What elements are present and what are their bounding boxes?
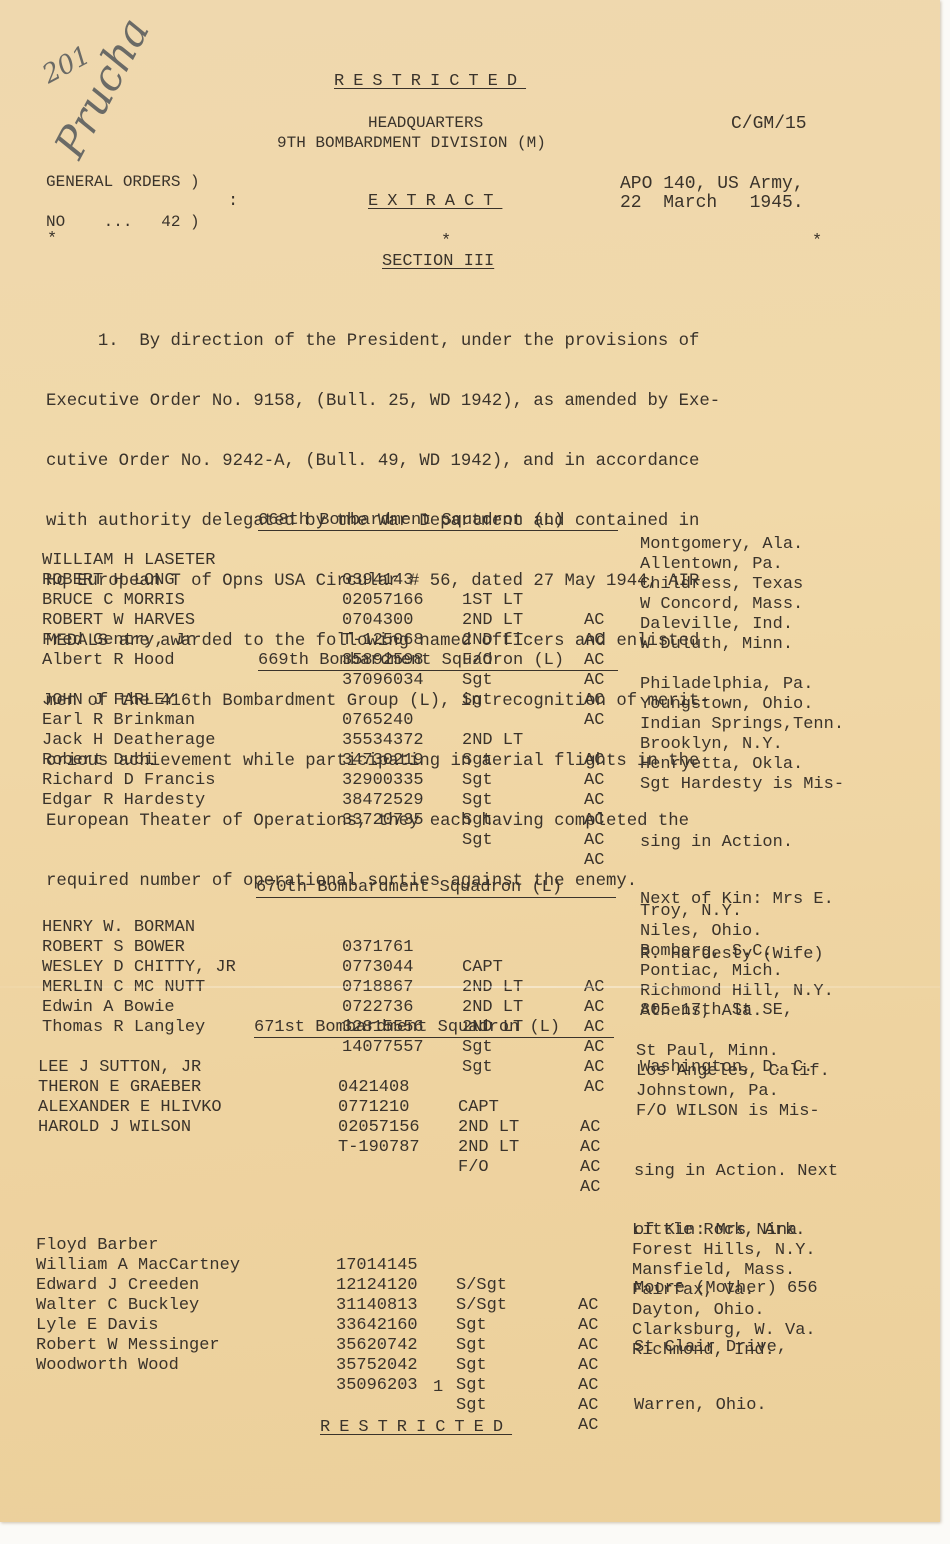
member-rank: 2ND LT	[462, 998, 523, 1018]
roster-row: Edward J Creeden 31140813 Sgt AC Mansfie…	[36, 1256, 97, 1276]
member-home: Mansfield, Mass.	[632, 1261, 795, 1281]
member-branch: AC	[584, 691, 604, 711]
member-branch: AC	[584, 1038, 604, 1058]
member-branch: AC	[584, 851, 604, 871]
member-serial: 31140813	[336, 1296, 418, 1316]
member-branch: AC	[578, 1356, 598, 1376]
member-rank: Sgt	[456, 1396, 487, 1416]
member-branch: AC	[578, 1396, 598, 1416]
member-home: Forest Hills, N.Y.	[632, 1241, 816, 1261]
member-branch: AC	[584, 811, 604, 831]
member-serial: 0765240	[342, 711, 413, 731]
roster-row: Robert Dubi 32900335 Sgt AC Brooklyn, N.…	[42, 731, 103, 751]
member-serial: 0704300	[342, 611, 413, 631]
member-rank: 1ST LT	[462, 591, 523, 611]
member-branch: AC	[584, 998, 604, 1018]
note-line: sing in Action. Next	[634, 1162, 838, 1182]
roster-row: Woodworth Wood 35096203 Sgt AC Richmond,…	[36, 1336, 97, 1356]
roster-row: Richard D Francis 38472529 Sgt AC Henrye…	[42, 751, 103, 771]
member-home: Henryetta, Okla.	[640, 755, 803, 775]
member-serial: 0371761	[342, 938, 413, 958]
member-serial: 0722736	[342, 998, 413, 1018]
member-serial: 35620742	[336, 1336, 418, 1356]
member-branch: AC	[580, 1138, 600, 1158]
member-rank: Sgt	[462, 691, 493, 711]
roster-row: Edwin A Bowie 32815556 Sgt AC Richmond H…	[42, 978, 103, 998]
roster-row: BRUCE C MORRIS 0704300 2ND LT AC Childre…	[42, 571, 103, 591]
roster-row: Jack H Deatherage 34730219 Sgt AC Indian…	[42, 711, 103, 731]
member-branch: AC	[584, 671, 604, 691]
member-home: Brooklyn, N.Y.	[640, 735, 783, 755]
roster-row: Lyle E Davis 35620742 Sgt AC Dayton, Ohi…	[36, 1296, 97, 1316]
member-serial: 14077557	[342, 1038, 424, 1058]
member-home: Dayton, Ohio.	[632, 1301, 765, 1321]
member-rank: S/Sgt	[456, 1276, 507, 1296]
member-serial: 0773044	[342, 958, 413, 978]
member-serial: 35534372	[342, 731, 424, 751]
member-branch: AC	[584, 791, 604, 811]
member-rank: Sgt	[456, 1356, 487, 1376]
member-rank: Sgt	[462, 811, 493, 831]
member-branch: AC	[578, 1376, 598, 1396]
roster-row: WILLIAM H LASETER 0394143 1ST LT AC Mont…	[42, 531, 103, 551]
member-home: Indian Springs,Tenn.	[640, 715, 844, 735]
member-home: Childress, Texas	[640, 575, 803, 595]
roster-row: THERON E GRAEBER 0771210 2ND LT AC Los A…	[38, 1058, 99, 1078]
roster-row: Walter C Buckley 33642160 Sgt AC Fairfax…	[36, 1276, 97, 1296]
member-home: Richmond Hill, N.Y.	[640, 982, 834, 1002]
member-branch: AC	[584, 751, 604, 771]
member-branch: AC	[584, 831, 604, 851]
member-serial: 02057156	[338, 1118, 420, 1138]
member-branch: AC	[584, 1058, 604, 1078]
roster-row: ROBERT W HARVES T-125068 F/O AC W Concor…	[42, 591, 103, 611]
member-home: Philadelphia, Pa.	[640, 675, 813, 695]
member-home: F/O WILSON is Mis-	[636, 1102, 820, 1122]
note-line: Warren, Ohio.	[634, 1396, 838, 1416]
member-name: Edgar R Hardesty	[42, 791, 205, 811]
member-rank: CAPT	[458, 1098, 499, 1118]
member-rank: 2ND LT	[462, 611, 523, 631]
member-branch: AC	[584, 978, 604, 998]
squadron-header-670: 670th Bombardment Squadron (L)	[256, 879, 616, 898]
member-rank: Sgt	[462, 831, 493, 851]
member-serial: 0718867	[342, 978, 413, 998]
document-page: 201 Prucha RESTRICTED HEADQUARTERS 9TH B…	[0, 0, 940, 1522]
roster-row: WESLEY D CHITTY, JR 0718867 2ND LT AC Bo…	[42, 938, 103, 958]
member-home: Athens, Ala.	[640, 1002, 762, 1022]
member-branch: AC	[584, 611, 604, 631]
member-rank: Sgt	[456, 1376, 487, 1396]
award-roster: 668th Bombardment Squadron (L) WILLIAM H…	[42, 0, 942, 1400]
member-serial: 02057166	[342, 591, 424, 611]
member-home: Bomberg, S.C.	[640, 942, 773, 962]
member-branch: AC	[580, 1158, 600, 1178]
member-serial: 0771210	[338, 1098, 409, 1118]
squadron-header-671: 671st Bombardment Squadron (L)	[254, 1019, 614, 1038]
roster-row: ALEXANDER E HLIVKO 02057156 2ND LT AC Jo…	[38, 1078, 99, 1098]
member-home: Fairfax, Va.	[632, 1281, 754, 1301]
member-serial: 38472529	[342, 791, 424, 811]
page-number: 1	[433, 1378, 443, 1398]
member-serial: 12124120	[336, 1276, 418, 1296]
member-home: Richmond, Ind.	[632, 1341, 775, 1361]
member-home: Little Rock, Ark.	[632, 1221, 805, 1241]
member-home: Niles, Ohio.	[640, 922, 762, 942]
member-rank: 2ND LT	[462, 978, 523, 998]
roster-row: HAROLD J WILSON T-190787 F/O AC F/O WILS…	[38, 1098, 99, 1118]
member-rank: F/O	[458, 1158, 489, 1178]
member-serial: 35096203	[336, 1376, 418, 1396]
member-name: Albert R Hood	[42, 651, 175, 671]
member-serial: T-125068	[342, 631, 424, 651]
member-rank: 2ND LT	[458, 1118, 519, 1138]
member-serial: 34730219	[342, 751, 424, 771]
member-branch: AC	[578, 1416, 598, 1436]
roster-row: Thomas R Langley 14077557 Sgt AC Athens,…	[42, 998, 103, 1018]
roster-row: Albert R Hood 37096034 Sgt AC W Duluth, …	[42, 631, 103, 651]
roster-row: Robert W Messinger 35752042 Sgt AC Clark…	[36, 1316, 97, 1336]
member-home: Montgomery, Ala.	[640, 535, 803, 555]
member-branch: AC	[578, 1316, 598, 1336]
member-home: Troy, N.Y.	[640, 902, 742, 922]
member-rank: Sgt	[462, 671, 493, 691]
member-serial: 17014145	[336, 1256, 418, 1276]
member-home: Pontiac, Mich.	[640, 962, 783, 982]
member-serial: 33720735	[342, 811, 424, 831]
member-branch: AC	[584, 1078, 604, 1098]
member-rank: Sgt	[462, 751, 493, 771]
member-rank: Sgt	[456, 1316, 487, 1336]
classification-bottom: RESTRICTED	[320, 1418, 512, 1438]
roster-row: LEE J SUTTON, JR 0421408 CAPT AC St Paul…	[38, 1038, 99, 1058]
roster-row: ROBERT H LONG 02057166 2ND LT AC Allento…	[42, 551, 103, 571]
member-branch: AC	[584, 771, 604, 791]
member-rank: CAPT	[462, 958, 503, 978]
member-home: Daleville, Ind.	[640, 615, 793, 635]
member-rank: 2ND LT	[462, 731, 523, 751]
member-serial: 32900335	[342, 771, 424, 791]
member-name: HAROLD J WILSON	[38, 1118, 191, 1138]
member-home: Clarksburg, W. Va.	[632, 1321, 816, 1341]
member-rank: Sgt	[456, 1336, 487, 1356]
member-serial: 37096034	[342, 671, 424, 691]
member-serial: 0421408	[338, 1078, 409, 1098]
roster-row: Floyd Barber 17014145 S/Sgt AC Little Ro…	[36, 1216, 97, 1236]
member-rank: Sgt	[462, 1058, 493, 1078]
squadron-header-669: 669th Bombardment Squadron (L)	[258, 652, 618, 671]
roster-row: Fred Gentry, Jr 35892598 Sgt AC Dalevill…	[42, 611, 103, 631]
member-serial: T-190787	[338, 1138, 420, 1158]
member-home: Johnstown, Pa.	[636, 1082, 779, 1102]
roster-row: JOHN J FARLEY 0765240 2ND LT AC Philadel…	[42, 671, 103, 691]
member-serial: 35752042	[336, 1356, 418, 1376]
member-branch: AC	[584, 631, 604, 651]
squadron-header-668: 668th Bombardment Squadron (L)	[258, 512, 618, 531]
member-name: Thomas R Langley	[42, 1018, 205, 1038]
member-rank: Sgt	[462, 1038, 493, 1058]
member-branch: AC	[580, 1118, 600, 1138]
note-line: sing in Action.	[640, 833, 834, 853]
roster-row: Earl R Brinkman 35534372 Sgt AC Youngsto…	[42, 691, 103, 711]
member-branch: AC	[578, 1296, 598, 1316]
roster-row: MERLIN C MC NUTT 0722736 2ND LT AC Ponti…	[42, 958, 103, 978]
member-home: Sgt Hardesty is Mis-	[640, 775, 844, 795]
member-home: Allentown, Pa.	[640, 555, 783, 575]
roster-row: ROBERT S BOWER 0773044 2ND LT AC Niles, …	[42, 918, 103, 938]
member-home: Los Angeles, Calif.	[636, 1062, 830, 1082]
member-branch: AC	[578, 1336, 598, 1356]
member-home: St Paul, Minn.	[636, 1042, 779, 1062]
member-serial: 0394143	[342, 571, 413, 591]
member-branch: AC	[580, 1178, 600, 1198]
member-name: Woodworth Wood	[36, 1356, 179, 1376]
member-home: W Concord, Mass.	[640, 595, 803, 615]
member-rank: Sgt	[462, 771, 493, 791]
member-rank: S/Sgt	[456, 1296, 507, 1316]
paper-fold-crease	[0, 986, 940, 988]
member-rank: Sgt	[462, 791, 493, 811]
member-serial: 33642160	[336, 1316, 418, 1336]
member-home: W Duluth, Minn.	[640, 635, 793, 655]
member-branch: AC	[584, 711, 604, 731]
roster-row: William A MacCartney 12124120 S/Sgt AC F…	[36, 1236, 97, 1256]
member-home: Youngstown, Ohio.	[640, 695, 813, 715]
member-rank: 2ND LT	[458, 1138, 519, 1158]
member-rank: 2ND LT	[462, 631, 523, 651]
roster-row: HENRY W. BORMAN 0371761 CAPT AC Troy, N.…	[42, 898, 103, 918]
roster-row: Edgar R Hardesty 33720735 Sgt AC Sgt Har…	[42, 771, 103, 791]
